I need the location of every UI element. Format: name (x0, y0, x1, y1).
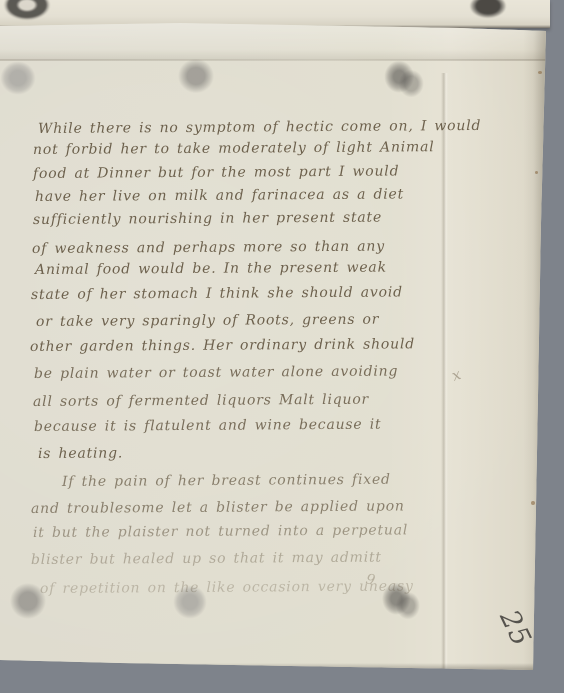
manuscript-line: While there is no symptom of hectic come… (38, 118, 481, 137)
manuscript-line: of repetition on the like occasion very … (40, 578, 414, 597)
previous-page-edge (0, 0, 550, 28)
manuscript-line: because it is flatulent and wine because… (34, 417, 382, 435)
vertical-crease (441, 73, 448, 669)
manuscript-line: all sorts of fermented liquors Malt liqu… (33, 392, 369, 410)
manuscript-line: sufficiently nourishing in her present s… (33, 210, 382, 228)
manuscript-line: it but the plaister not turned into a pe… (33, 522, 408, 541)
manuscript-line: is heating. (38, 445, 123, 462)
stain-speck (538, 71, 542, 74)
stain-speck (531, 501, 535, 505)
seal-showthrough-top-left-icon (1, 0, 53, 22)
manuscript-line: have her live on milk and farinacea as a… (35, 186, 404, 205)
manuscript-line: If the pain of her breast continues fixe… (62, 472, 391, 490)
bottom-edge-shading (0, 661, 549, 671)
ink-blot (0, 57, 40, 99)
ink-blot (380, 56, 428, 102)
manuscript-line: other garden things. Her ordinary drink … (30, 336, 415, 355)
seal-showthrough-top-right-icon (467, 0, 509, 20)
right-edge-shading (523, 23, 549, 675)
manuscript-line: of weakness and perhaps more so than any (32, 239, 385, 257)
manuscript-line: and troublesome let a blister be applied… (31, 498, 405, 517)
ink-blot (174, 55, 218, 97)
manuscript-line: not forbid her to take moderately of lig… (33, 139, 435, 158)
scan-background: While there is no symptom of hectic come… (0, 0, 564, 693)
top-fold-highlight (0, 23, 549, 61)
top-fold-line (0, 59, 549, 61)
stain-speck (535, 171, 538, 174)
manuscript-line: Animal food would be. In the present wea… (35, 260, 387, 278)
manuscript-page: While there is no symptom of hectic come… (0, 23, 549, 675)
manuscript-line: state of her stomach I think she should … (31, 284, 403, 303)
manuscript-line: blister but healed up so that it may adm… (31, 550, 382, 568)
manuscript-line: or take very sparingly of Roots, greens … (36, 312, 379, 330)
manuscript-line: food at Dinner but for the most part I w… (33, 163, 399, 182)
manuscript-line: be plain water or toast water alone avoi… (34, 363, 398, 382)
